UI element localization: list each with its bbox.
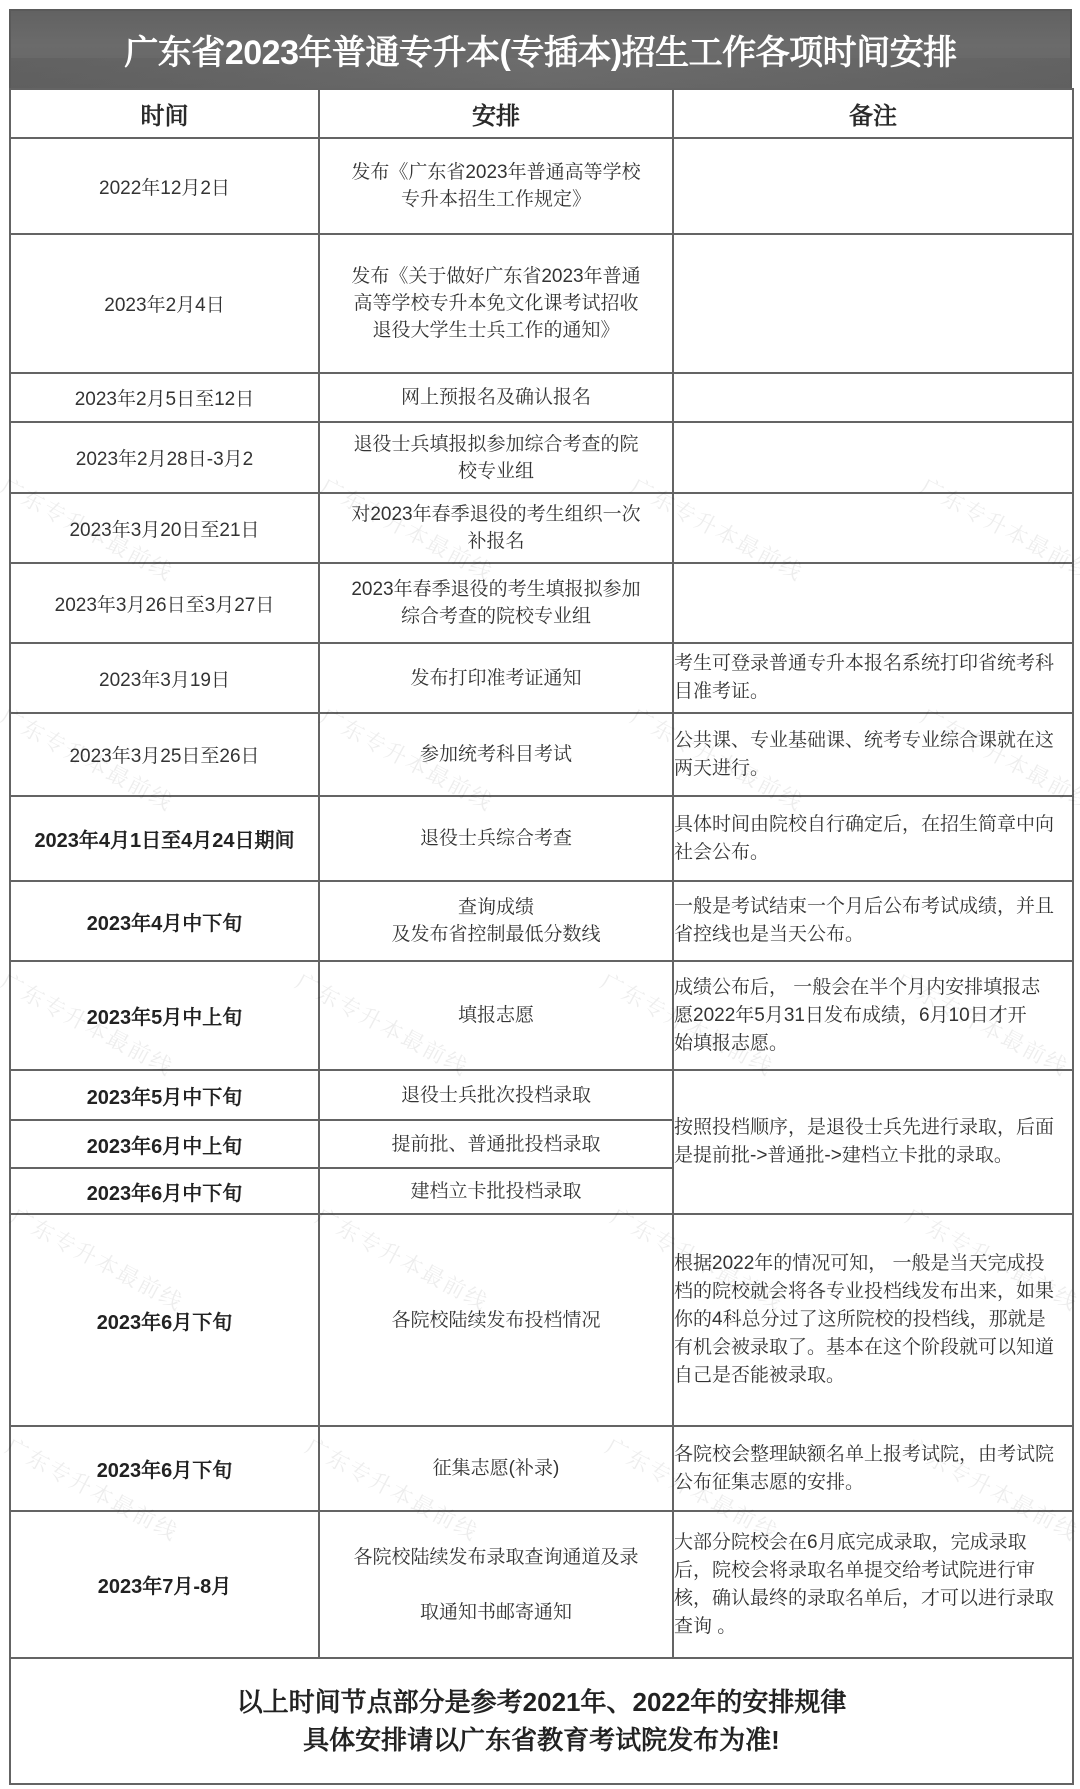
notes-cell (673, 373, 1073, 422)
notes-line: 具体时间由院校自行确定后，在招生简章中向 (674, 811, 1072, 839)
notes-line: 根据2022年的情况可知， 一般是当天完成投 (674, 1250, 1072, 1278)
arrangement-cell: 填报志愿 (319, 961, 673, 1070)
header-row: 时间 安排 备注 (10, 89, 1073, 138)
header-time: 时间 (10, 89, 319, 138)
arrangement-line: 对2023年春季退役的考生组织一次 (320, 501, 672, 528)
arrangement-line: 发布打印准考证通知 (320, 665, 672, 692)
arrangement-cell: 网上预报名及确认报名 (319, 373, 673, 422)
arrangement-line: 补报名 (320, 528, 672, 555)
table-row: 2023年6月下旬 征集志愿(补录) 各院校会整理缺额名单上报考试院，由考试院 … (10, 1426, 1073, 1511)
arrangement-cell: 各院校陆续发布投档情况 (319, 1214, 673, 1426)
time-cell: 2023年4月1日至4月24日期间 (10, 796, 319, 881)
notes-cell (673, 493, 1073, 563)
arrangement-line: 高等学校专升本免文化课考试招收 (320, 290, 672, 317)
notes-line: 一般是考试结束一个月后公布考试成绩，并且 (674, 893, 1072, 921)
table-row: 2023年5月中上旬 填报志愿 成绩公布后， 一般会在半个月内安排填报志 愿20… (10, 961, 1073, 1070)
notes-line: 公共课、专业基础课、统考专业综合课就在这 (674, 727, 1072, 755)
arrangement-line: 各院校陆续发布投档情况 (320, 1307, 672, 1334)
notes-line: 省控线也是当天公布。 (674, 921, 1072, 949)
time-cell: 2022年12月2日 (10, 138, 319, 234)
notes-line: 你的4科总分过了这所院校的投档线，那就是 (674, 1306, 1072, 1334)
arrangement-line: 综合考查的院校专业组 (320, 603, 672, 630)
time-text: 2023年2月4日 (11, 290, 318, 317)
notes-cell: 具体时间由院校自行确定后，在招生简章中向 社会公布。 (673, 796, 1073, 881)
arrangement-cell: 退役士兵批次投档录取 (319, 1070, 673, 1120)
notes-line: 核，确认最终的录取名单后，才可以进行录取 (674, 1585, 1072, 1613)
table-row: 2022年12月2日 发布《广东省2023年普通高等学校 专升本招生工作规定》 (10, 138, 1073, 234)
time-text: 2023年3月20日至21日 (11, 515, 318, 542)
time-cell: 2023年3月25日至26日 (10, 713, 319, 796)
arrangement-cell: 提前批、普通批投档录取 (319, 1120, 673, 1168)
arrangement-cell: 发布《关于做好广东省2023年普通 高等学校专升本免文化课考试招收 退役大学生士… (319, 234, 673, 373)
time-text: 2023年3月25日至26日 (11, 741, 318, 768)
notes-line: 后，院校会将录取名单提交给考试院进行审 (674, 1557, 1072, 1585)
time-text: 2023年6月中上旬 (11, 1130, 318, 1159)
time-text: 2023年5月中下旬 (11, 1081, 318, 1110)
arrangement-line: 取通知书邮寄通知 (320, 1585, 672, 1640)
notes-line: 愿2022年5月31日发布成绩，6月10日才开 (674, 1002, 1072, 1030)
page-title: 广东省2023年普通专升本(专插本)招生工作各项时间安排 (124, 25, 956, 74)
time-cell: 2023年3月20日至21日 (10, 493, 319, 563)
time-cell: 2023年7月-8月 (10, 1511, 319, 1658)
time-text: 2023年6月中下旬 (11, 1177, 318, 1206)
arrangement-line: 及发布省控制最低分数线 (320, 921, 672, 948)
table-row: 2023年3月19日 发布打印准考证通知 考生可登录普通专升本报名系统打印省统考… (10, 643, 1073, 713)
arrangement-cell: 退役士兵填报拟参加综合考查的院 校专业组 (319, 422, 673, 493)
arrangement-line: 网上预报名及确认报名 (320, 384, 672, 411)
time-cell: 2023年4月中下旬 (10, 881, 319, 961)
arrangement-cell: 查询成绩 及发布省控制最低分数线 (319, 881, 673, 961)
notes-cell (673, 422, 1073, 493)
time-cell: 2023年2月5日至12日 (10, 373, 319, 422)
title-bar: 广东省2023年普通专升本(专插本)招生工作各项时间安排 (9, 9, 1072, 88)
time-text: 2023年5月中上旬 (11, 1001, 318, 1030)
arrangement-cell: 征集志愿(补录) (319, 1426, 673, 1511)
notes-line: 是提前批->普通批->建档立卡批的录取。 (674, 1142, 1072, 1170)
table-row: 2023年2月4日 发布《关于做好广东省2023年普通 高等学校专升本免文化课考… (10, 234, 1073, 373)
notes-line: 成绩公布后， 一般会在半个月内安排填报志 (674, 974, 1072, 1002)
time-cell: 2023年6月中上旬 (10, 1120, 319, 1168)
time-text: 2023年3月26日至3月27日 (11, 590, 318, 617)
notes-line: 社会公布。 (674, 839, 1072, 867)
table-row: 2023年3月26日至3月27日 2023年春季退役的考生填报拟参加 综合考查的… (10, 563, 1073, 643)
table-row: 2023年5月中下旬 退役士兵批次投档录取 按照投档顺序，是退役士兵先进行录取，… (10, 1070, 1073, 1120)
arrangement-line: 提前批、普通批投档录取 (320, 1131, 672, 1158)
time-cell: 2023年6月中下旬 (10, 1168, 319, 1214)
footer-note: 以上时间节点部分是参考2021年、2022年的安排规律 具体安排请以广东省教育考… (10, 1658, 1073, 1784)
arrangement-cell: 发布《广东省2023年普通高等学校 专升本招生工作规定》 (319, 138, 673, 234)
time-text: 2022年12月2日 (11, 173, 318, 200)
schedule-sheet: 广东省2023年普通专升本(专插本)招生工作各项时间安排 时间 安排 备注 20… (9, 9, 1072, 1785)
time-cell: 2023年3月26日至3月27日 (10, 563, 319, 643)
time-cell: 2023年2月4日 (10, 234, 319, 373)
table-row: 2023年2月5日至12日 网上预报名及确认报名 (10, 373, 1073, 422)
arrangement-line: 2023年春季退役的考生填报拟参加 (320, 576, 672, 603)
notes-cell (673, 563, 1073, 643)
notes-cell: 公共课、专业基础课、统考专业综合课就在这 两天进行。 (673, 713, 1073, 796)
notes-cell-merged: 按照投档顺序，是退役士兵先进行录取，后面 是提前批->普通批->建档立卡批的录取… (673, 1070, 1073, 1214)
notes-line: 考生可登录普通专升本报名系统打印省统考科 (674, 650, 1072, 678)
footer-row: 以上时间节点部分是参考2021年、2022年的安排规律 具体安排请以广东省教育考… (10, 1658, 1073, 1784)
notes-line: 大部分院校会在6月底完成录取，完成录取 (674, 1529, 1072, 1557)
arrangement-cell: 各院校陆续发布录取查询通道及录 取通知书邮寄通知 (319, 1511, 673, 1658)
arrangement-line: 征集志愿(补录) (320, 1455, 672, 1482)
table-row: 2023年7月-8月 各院校陆续发布录取查询通道及录 取通知书邮寄通知 大部分院… (10, 1511, 1073, 1658)
notes-line: 查询 。 (674, 1613, 1072, 1641)
arrangement-line: 参加统考科目考试 (320, 741, 672, 768)
arrangement-line: 各院校陆续发布录取查询通道及录 (320, 1530, 672, 1585)
time-cell: 2023年3月19日 (10, 643, 319, 713)
arrangement-line: 填报志愿 (320, 1002, 672, 1029)
notes-line: 档的院校就会将各专业投档线发布出来，如果 (674, 1278, 1072, 1306)
arrangement-line: 发布《广东省2023年普通高等学校 (320, 159, 672, 186)
arrangement-cell: 参加统考科目考试 (319, 713, 673, 796)
notes-cell (673, 138, 1073, 234)
notes-line: 有机会被录取了。基本在这个阶段就可以知道 (674, 1334, 1072, 1362)
notes-cell: 成绩公布后， 一般会在半个月内安排填报志 愿2022年5月31日发布成绩，6月1… (673, 961, 1073, 1070)
time-text: 2023年6月下旬 (11, 1306, 318, 1335)
arrangement-line: 退役士兵填报拟参加综合考查的院 (320, 431, 672, 458)
time-cell: 2023年5月中下旬 (10, 1070, 319, 1120)
notes-line: 始填报志愿。 (674, 1030, 1072, 1058)
notes-cell: 各院校会整理缺额名单上报考试院，由考试院 公布征集志愿的安排。 (673, 1426, 1073, 1511)
schedule-table: 时间 安排 备注 2022年12月2日 发布《广东省2023年普通高等学校 专升… (9, 88, 1074, 1785)
notes-cell: 一般是考试结束一个月后公布考试成绩，并且 省控线也是当天公布。 (673, 881, 1073, 961)
table-row: 2023年4月中下旬 查询成绩 及发布省控制最低分数线 一般是考试结束一个月后公… (10, 881, 1073, 961)
table-row: 2023年2月28日-3月2 退役士兵填报拟参加综合考查的院 校专业组 (10, 422, 1073, 493)
time-text: 2023年2月5日至12日 (11, 384, 318, 411)
table-row: 2023年6月下旬 各院校陆续发布投档情况 根据2022年的情况可知， 一般是当… (10, 1214, 1073, 1426)
footer-line: 以上时间节点部分是参考2021年、2022年的安排规律 (11, 1683, 1072, 1721)
notes-line: 两天进行。 (674, 755, 1072, 783)
time-text: 2023年4月中下旬 (11, 907, 318, 936)
time-text: 2023年4月1日至4月24日期间 (11, 824, 318, 853)
table-row: 2023年3月25日至26日 参加统考科目考试 公共课、专业基础课、统考专业综合… (10, 713, 1073, 796)
notes-cell: 考生可登录普通专升本报名系统打印省统考科 目准考证。 (673, 643, 1073, 713)
arrangement-line: 专升本招生工作规定》 (320, 186, 672, 213)
arrangement-line: 查询成绩 (320, 894, 672, 921)
time-cell: 2023年6月下旬 (10, 1214, 319, 1426)
time-text: 2023年2月28日-3月2 (11, 444, 318, 471)
header-notes: 备注 (673, 89, 1073, 138)
time-cell: 2023年6月下旬 (10, 1426, 319, 1511)
table-row: 2023年3月20日至21日 对2023年春季退役的考生组织一次 补报名 (10, 493, 1073, 563)
arrangement-line: 退役大学生士兵工作的通知》 (320, 317, 672, 344)
arrangement-line: 建档立卡批投档录取 (320, 1178, 672, 1205)
table-row: 2023年4月1日至4月24日期间 退役士兵综合考查 具体时间由院校自行确定后，… (10, 796, 1073, 881)
arrangement-cell: 2023年春季退役的考生填报拟参加 综合考查的院校专业组 (319, 563, 673, 643)
notes-line: 按照投档顺序，是退役士兵先进行录取，后面 (674, 1114, 1072, 1142)
notes-line: 目准考证。 (674, 678, 1072, 706)
arrangement-line: 退役士兵批次投档录取 (320, 1082, 672, 1109)
time-cell: 2023年2月28日-3月2 (10, 422, 319, 493)
notes-line: 自己是否能被录取。 (674, 1362, 1072, 1390)
arrangement-cell: 建档立卡批投档录取 (319, 1168, 673, 1214)
arrangement-line: 校专业组 (320, 458, 672, 485)
time-text: 2023年3月19日 (11, 665, 318, 692)
notes-line: 各院校会整理缺额名单上报考试院，由考试院 (674, 1441, 1072, 1469)
arrangement-cell: 退役士兵综合考查 (319, 796, 673, 881)
notes-cell: 大部分院校会在6月底完成录取，完成录取 后，院校会将录取名单提交给考试院进行审 … (673, 1511, 1073, 1658)
notes-cell: 根据2022年的情况可知， 一般是当天完成投 档的院校就会将各专业投档线发布出来… (673, 1214, 1073, 1426)
time-text: 2023年7月-8月 (11, 1570, 318, 1599)
arrangement-cell: 发布打印准考证通知 (319, 643, 673, 713)
notes-line: 公布征集志愿的安排。 (674, 1469, 1072, 1497)
arrangement-cell: 对2023年春季退役的考生组织一次 补报名 (319, 493, 673, 563)
notes-cell (673, 234, 1073, 373)
footer-line: 具体安排请以广东省教育考试院发布为准! (11, 1721, 1072, 1759)
arrangement-line: 发布《关于做好广东省2023年普通 (320, 263, 672, 290)
arrangement-line: 退役士兵综合考查 (320, 825, 672, 852)
time-cell: 2023年5月中上旬 (10, 961, 319, 1070)
time-text: 2023年6月下旬 (11, 1454, 318, 1483)
header-arrangement: 安排 (319, 89, 673, 138)
